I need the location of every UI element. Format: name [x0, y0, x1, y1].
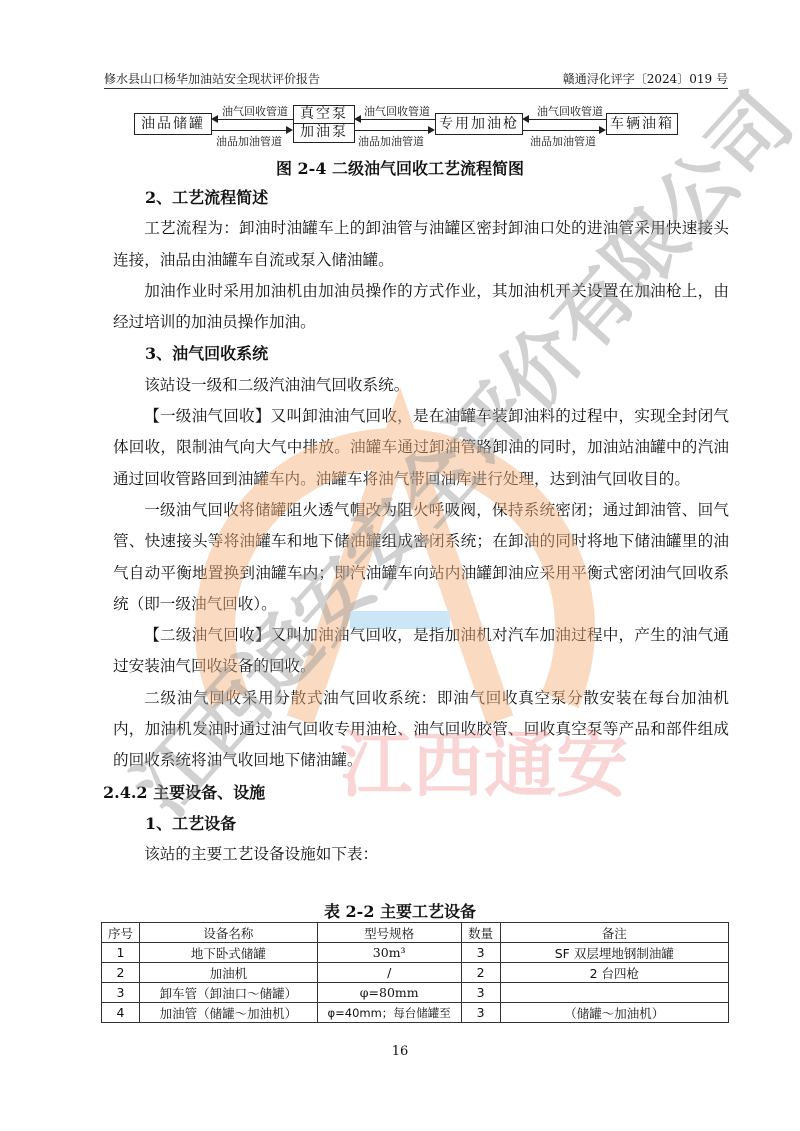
arrow-right-icon [286, 126, 293, 134]
paragraph: 【二级油气回收】又叫加油油气回收，是指加油机对汽车加油过程中，产生的油气通过安装… [113, 620, 729, 683]
node-storage-tank: 油品储罐 [134, 113, 212, 135]
paragraph: 一级油气回收将储罐阻火透气帽改为阻火呼吸阀，保持系统密闭；通过卸油管、回气管、快… [113, 495, 729, 620]
column-header: 型号规格 [317, 923, 461, 943]
table-cell: SF 双层埋地钢制油罐 [500, 943, 728, 963]
table-cell: 30m³ [317, 943, 461, 963]
subsection-heading-process-equipment: 1、工艺设备 [113, 808, 729, 839]
section-heading-equipment: 2.4.2 主要设备、设施 [103, 777, 729, 808]
node-nozzle: 专用加油枪 [435, 113, 523, 135]
table-cell: 2 [102, 963, 140, 983]
table-cell: φ=80mm [317, 983, 461, 1003]
table-cell: 卸车管（卸油口～储罐） [139, 983, 317, 1003]
table-cell: 加油机 [139, 963, 317, 983]
arrow-left-icon [354, 115, 361, 123]
section-heading-process: 2、工艺流程简述 [113, 182, 729, 213]
table-cell: 地下卧式储罐 [139, 943, 317, 963]
paragraph: 【一级油气回收】又叫卸油油气回收，是在油罐车装卸油料的过程中，实现全封闭气体回收… [113, 401, 729, 495]
vapor-line-1 [218, 119, 293, 120]
vapor-line-2 [361, 119, 435, 120]
table-row: 4 加油管（储罐～加油机） φ=40mm；每台储罐至 3 （储罐～加油机） [102, 1003, 729, 1023]
table-cell: 2 台四枪 [500, 963, 728, 983]
column-header: 数量 [461, 923, 500, 943]
table-cell: 3 [461, 983, 500, 1003]
body-text: 2、工艺流程简述 工艺流程为：卸油时油罐车上的卸油管与油罐区密封卸油口处的进油管… [113, 182, 729, 871]
table-cell: 2 [461, 963, 500, 983]
paragraph: 工艺流程为：卸油时油罐车上的卸油管与油罐区密封卸油口处的进油管采用快速接头连接，… [113, 213, 729, 276]
arrow-left-icon [211, 115, 218, 123]
table-header-row: 序号 设备名称 型号规格 数量 备注 [102, 923, 729, 943]
table-row: 2 加油机 / 2 2 台四枪 [102, 963, 729, 983]
edge-label-fuel-3: 油品加油管道 [530, 133, 596, 149]
edge-label-vapor-1: 油气回收管道 [222, 103, 288, 119]
node-label: 油品储罐 [141, 116, 205, 132]
arrow-right-icon [428, 126, 435, 134]
paragraph: 加油作业时采用加油机由加油员操作的方式作业，其加油机开关设置在加油枪上，由经过培… [113, 276, 729, 339]
table-row: 3 卸车管（卸油口～储罐） φ=80mm 3 [102, 983, 729, 1003]
report-title: 修水县山口杨华加油站安全现状评价报告 [104, 70, 320, 87]
document-page: 修水县山口杨华加油站安全现状评价报告 赣通浔化评字〔2024〕019 号 油品储… [0, 0, 800, 1131]
table-cell [500, 983, 728, 1003]
report-number: 赣通浔化评字〔2024〕019 号 [563, 70, 728, 87]
page-number: 16 [0, 1044, 800, 1059]
running-header: 修水县山口杨华加油站安全现状评价报告 赣通浔化评字〔2024〕019 号 [104, 68, 728, 89]
table-cell: 3 [102, 983, 140, 1003]
node-vacuum-pump: 真空泵 [294, 106, 354, 123]
table-cell: φ=40mm；每台储罐至 [317, 1003, 461, 1023]
table-cell: 4 [102, 1003, 140, 1023]
column-header: 序号 [102, 923, 140, 943]
paragraph: 该站设一级和二级汽油油气回收系统。 [113, 370, 729, 401]
table-cell: 3 [461, 943, 500, 963]
edge-label-fuel-1: 油品加油管道 [216, 133, 282, 149]
node-fuel-pump: 加油泵 [294, 123, 354, 141]
figure-caption: 图 2-4 二级油气回收工艺流程简图 [0, 156, 800, 179]
edge-label-vapor-2: 油气回收管道 [364, 103, 430, 119]
column-header: 设备名称 [139, 923, 317, 943]
section-heading-vapor: 3、油气回收系统 [113, 338, 729, 369]
node-label: 车辆油箱 [610, 116, 674, 132]
table-cell: 3 [461, 1003, 500, 1023]
table-cell: 加油管（储罐～加油机） [139, 1003, 317, 1023]
fuel-line-3 [522, 130, 599, 131]
node-label: 专用加油枪 [439, 116, 519, 132]
node-pump: 真空泵 加油泵 [293, 105, 355, 143]
equipment-table: 序号 设备名称 型号规格 数量 备注 1 地下卧式储罐 30m³ 3 SF 双层… [101, 922, 729, 1023]
paragraph: 二级油气回收采用分散式油气回收系统：即油气回收真空泵分散安装在每台加油机内，加油… [113, 683, 729, 777]
fuel-line-1 [211, 130, 286, 131]
table-caption: 表 2-2 主要工艺设备 [0, 899, 800, 922]
table-cell: 1 [102, 943, 140, 963]
node-vehicle-tank: 车辆油箱 [606, 113, 678, 135]
vapor-recovery-flow-diagram: 油品储罐 真空泵 加油泵 专用加油枪 车辆油箱 油气回收管道 油品加油管道 油气… [0, 100, 800, 150]
column-header: 备注 [500, 923, 728, 943]
edge-label-vapor-3: 油气回收管道 [537, 103, 603, 119]
table-cell: / [317, 963, 461, 983]
arrow-left-icon [522, 115, 529, 123]
fuel-line-2 [354, 130, 428, 131]
paragraph: 该站的主要工艺设备设施如下表： [113, 839, 729, 870]
arrow-right-icon [599, 126, 606, 134]
vapor-line-3 [529, 119, 606, 120]
table-row: 1 地下卧式储罐 30m³ 3 SF 双层埋地钢制油罐 [102, 943, 729, 963]
edge-label-fuel-2: 油品加油管道 [358, 133, 424, 149]
table-cell: （储罐～加油机） [500, 1003, 728, 1023]
